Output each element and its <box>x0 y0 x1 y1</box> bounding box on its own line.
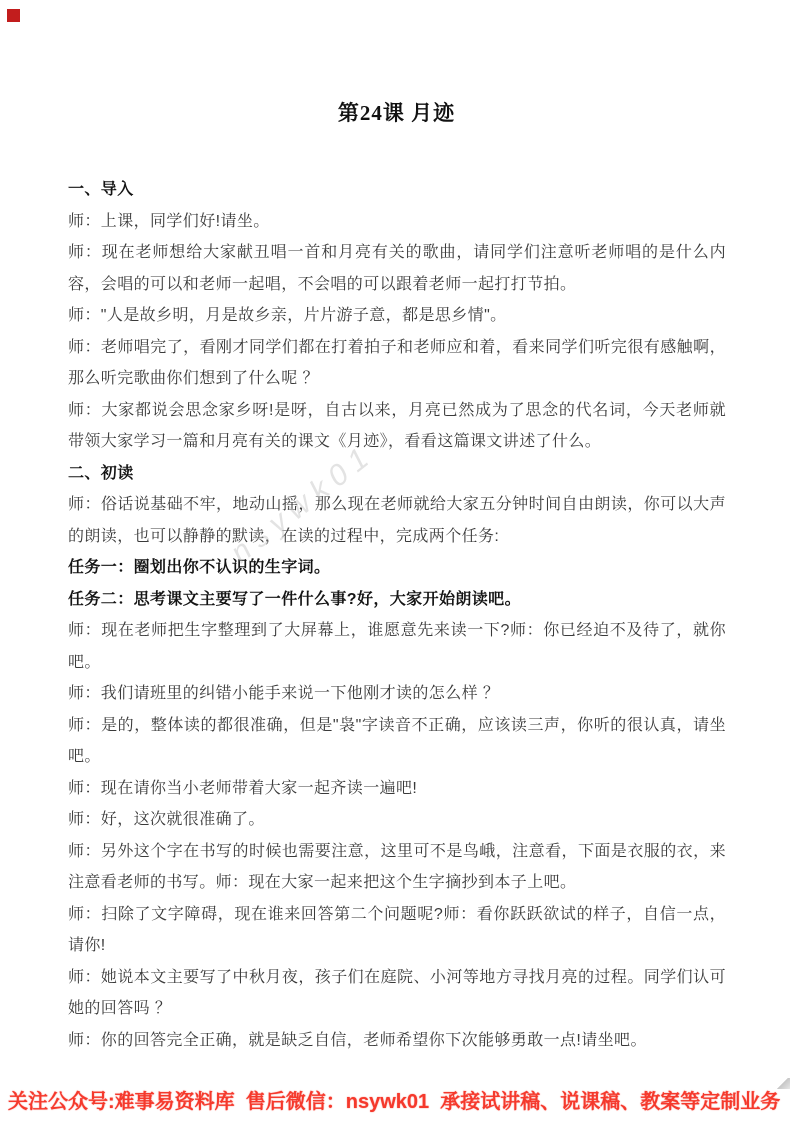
dialogue-line: 师：她说本文主要写了中秋月夜，孩子们在庭院、小河等地方寻找月亮的过程。同学们认可… <box>68 962 726 1025</box>
document-page: 第24课 月迹 一、导入师：上课，同学们好!请坐。师：现在老师想给大家献丑唱一首… <box>0 0 793 1122</box>
task-line: 任务二：思考课文主要写了一件什么事?好，大家开始朗读吧。 <box>68 584 726 616</box>
dialogue-line: 师：是的，整体读的都很准确，但是"袅"字读音不正确，应该读三声，你听的很认真，请… <box>68 710 726 773</box>
document-title: 第24课 月迹 <box>0 98 793 128</box>
dialogue-line: 师：你的回答完全正确，就是缺乏自信，老师希望你下次能够勇敢一点!请坐吧。 <box>68 1025 726 1057</box>
section-heading-1: 一、导入 <box>68 174 726 206</box>
dialogue-line: 师：现在请你当小老师带着大家一起齐读一遍吧! <box>68 773 726 805</box>
task-line: 任务一：圈划出你不认识的生字词。 <box>68 552 726 584</box>
dialogue-line: 师：扫除了文字障碍，现在谁来回答第二个问题呢?师：看你跃跃欲试的样子，自信一点，… <box>68 899 726 962</box>
section-heading-2: 二、初读 <box>68 458 726 490</box>
document-body: 一、导入师：上课，同学们好!请坐。师：现在老师想给大家献丑唱一首和月亮有关的歌曲… <box>68 174 726 1056</box>
dialogue-line: 师：大家都说会思念家乡呀!是呀，自古以来，月亮已然成为了思念的代名词，今天老师就… <box>68 395 726 458</box>
footer-promo-banner: 关注公众号:难事易资料库 售后微信：nsywk01 承接试讲稿、说课稿、教案等定… <box>8 1090 789 1114</box>
dialogue-line: 师："人是故乡明，月是故乡亲，片片游子意，都是思乡情"。 <box>68 300 726 332</box>
dialogue-line: 师：现在老师把生字整理到了大屏幕上，谁愿意先来读一下?师：你已经迫不及待了，就你… <box>68 615 726 678</box>
dialogue-line: 师：老师唱完了，看刚才同学们都在打着拍子和老师应和着，看来同学们听完很有感触啊，… <box>68 332 726 395</box>
dialogue-line: 师：上课，同学们好!请坐。 <box>68 206 726 238</box>
dialogue-line: 师：现在老师想给大家献丑唱一首和月亮有关的歌曲，请同学们注意听老师唱的是什么内容… <box>68 237 726 300</box>
page-corner-artifact <box>777 1078 790 1089</box>
dialogue-line: 师：我们请班里的纠错小能手来说一下他刚才读的怎么样 ？ <box>68 678 726 710</box>
dialogue-line: 师：另外这个字在书写的时候也需要注意，这里可不是鸟峨，注意看，下面是衣服的衣，来… <box>68 836 726 899</box>
dialogue-line: 师：好，这次就很准确了。 <box>68 804 726 836</box>
dialogue-line: 师：俗话说基础不牢，地动山摇，那么现在老师就给大家五分钟时间自由朗读，你可以大声… <box>68 489 726 552</box>
red-square-marker <box>7 9 20 22</box>
